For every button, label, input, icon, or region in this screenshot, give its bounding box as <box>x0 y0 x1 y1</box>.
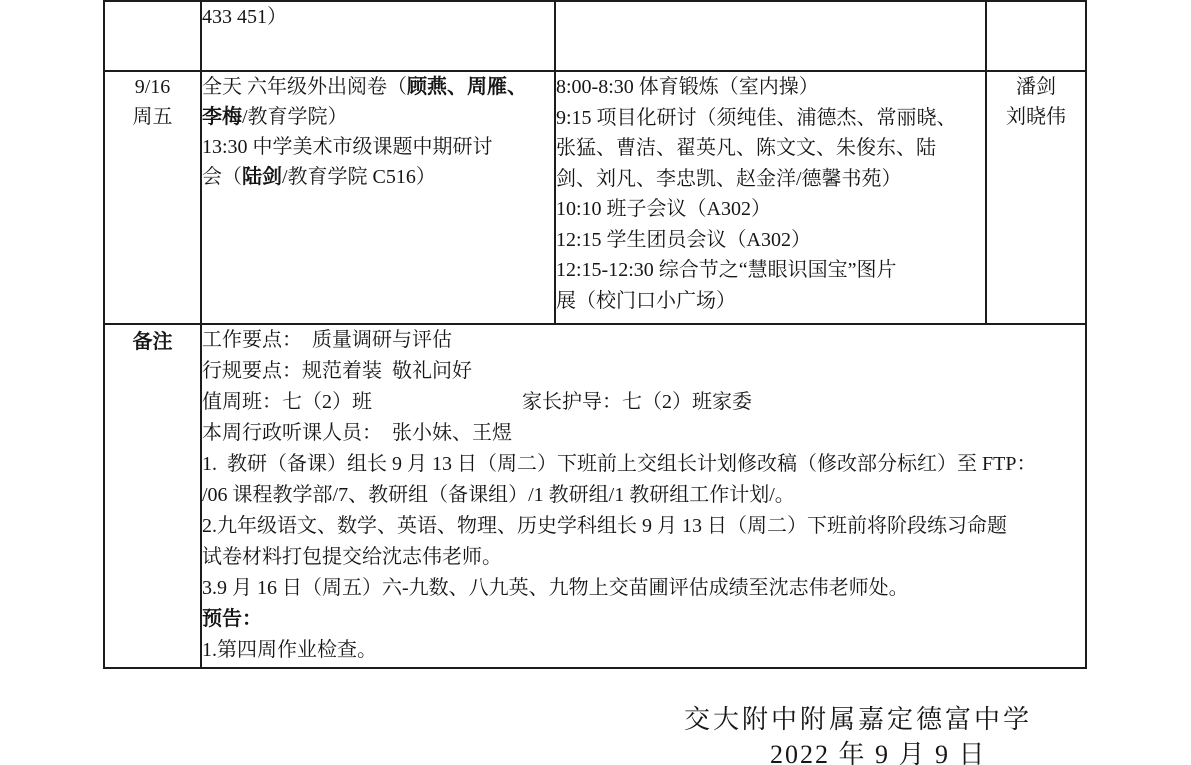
text-segment: 9:15 项目化研讨（须纯佳、浦德杰、常丽晓、 <box>556 107 957 129</box>
continuation-duty-cell <box>986 1 1086 71</box>
text-line: 张猛、曹洁、翟英凡、陈文文、朱俊东、陆 <box>556 133 985 164</box>
text-segment: 李梅 <box>202 106 242 128</box>
text-segment: 12:15-12:30 综合节之“慧眼识国宝”图片 <box>556 259 897 281</box>
table-row-notes: 备注 工作要点： 质量调研与评估行规要点：规范着装 敬礼问好值周班：七（2）班家… <box>104 324 1086 668</box>
text-segment: 全天 六年级外出阅卷（ <box>202 76 407 98</box>
text-line: 展（校门口小广场） <box>556 286 985 317</box>
text-segment: 9/16 <box>135 76 171 98</box>
continuation-activities-cell: 433 451） <box>201 1 555 71</box>
text-line: 周五 <box>105 102 200 132</box>
text-line: 12:15-12:30 综合节之“慧眼识国宝”图片 <box>556 255 985 286</box>
text-line: 8:00-8:30 体育锻炼（室内操） <box>556 72 985 103</box>
text-line: 12:15 学生团员会议（A302） <box>556 225 985 256</box>
text-segment: 展（校门口小广场） <box>556 290 736 312</box>
text-segment: 周五 <box>133 106 173 128</box>
notes-content-cell: 工作要点： 质量调研与评估行规要点：规范着装 敬礼问好值周班：七（2）班家长护导… <box>201 324 1086 668</box>
document-page: 433 451） 9/16周五 全天 六年级外出阅卷（顾燕、周雁、李梅/教育学院… <box>0 0 1191 765</box>
text-segment: /06 课程教学部/7、教研组（备课组）/1 教研组/1 教研组工作计划/。 <box>202 484 795 506</box>
text-line: 潘剑 <box>987 72 1085 102</box>
text-line: 工作要点： 质量调研与评估 <box>202 325 1085 356</box>
text-segment: 8:00-8:30 体育锻炼（室内操） <box>556 76 819 98</box>
text-segment: 2.九年级语文、数学、英语、物理、历史学科组长 9 月 13 日（周二）下班前将… <box>202 515 1007 537</box>
table-row-friday: 9/16周五 全天 六年级外出阅卷（顾燕、周雁、李梅/教育学院）13:30 中学… <box>104 71 1086 324</box>
text-segment: 潘剑 <box>1016 76 1056 98</box>
text-line: 9:15 项目化研讨（须纯佳、浦德杰、常丽晓、 <box>556 103 985 134</box>
weekly-schedule-table: 433 451） 9/16周五 全天 六年级外出阅卷（顾燕、周雁、李梅/教育学院… <box>103 0 1087 669</box>
date-cell: 9/16周五 <box>104 71 201 324</box>
text-segment: 1. 教研（备课）组长 9 月 13 日（周二）下班前上交组长计划修改稿（修改部… <box>202 453 1036 475</box>
text-line: 3.9 月 16 日（周五）六-九数、八九英、九物上交苗圃评估成绩至沈志伟老师处… <box>202 573 1085 604</box>
text-segment: 12:15 学生团员会议（A302） <box>556 229 811 251</box>
text-line: 预告： <box>202 604 1085 635</box>
text-segment: 剑、刘凡、李忠凯、赵金洋/德馨书苑） <box>556 168 902 190</box>
duty-officers-cell: 潘剑刘晓伟 <box>986 71 1086 324</box>
text-segment: 值周班：七（2）班 <box>202 391 372 413</box>
text-segment: 行规要点：规范着装 敬礼问好 <box>202 360 472 382</box>
text-segment: 工作要点： 质量调研与评估 <box>202 329 452 351</box>
notes-label-cell: 备注 <box>104 324 201 668</box>
text-segment: 1.第四周作业检查。 <box>202 639 377 661</box>
text-line: 433 451） <box>202 2 554 33</box>
text-line: 会（陆剑/教育学院 C516） <box>202 162 554 192</box>
text-segment: 陆剑 <box>242 166 282 188</box>
text-segment: 刘晓伟 <box>1006 106 1066 128</box>
events-cell: 8:00-8:30 体育锻炼（室内操）9:15 项目化研讨（须纯佳、浦德杰、常丽… <box>555 71 986 324</box>
text-segment: 本周行政听课人员： 张小妹、王煜 <box>202 422 512 444</box>
text-segment: 会（ <box>202 166 242 188</box>
text-segment: 顾燕、周雁、 <box>407 76 527 98</box>
text-line: 9/16 <box>105 72 200 102</box>
text-line: 值周班：七（2）班家长护导：七（2）班家委 <box>202 387 1085 418</box>
text-line: 剑、刘凡、李忠凯、赵金洋/德馨书苑） <box>556 164 985 195</box>
text-segment: 13:30 中学美术市级课题中期研讨 <box>202 136 493 158</box>
text-line: 10:10 班子会议（A302） <box>556 194 985 225</box>
continuation-events-cell <box>555 1 986 71</box>
text-line: 行规要点：规范着装 敬礼问好 <box>202 356 1085 387</box>
text-line: 2.九年级语文、数学、英语、物理、历史学科组长 9 月 13 日（周二）下班前将… <box>202 511 1085 542</box>
activities-cell: 全天 六年级外出阅卷（顾燕、周雁、李梅/教育学院）13:30 中学美术市级课题中… <box>201 71 555 324</box>
text-segment: 433 451） <box>202 6 287 28</box>
text-line: 李梅/教育学院） <box>202 102 554 132</box>
table-row-continuation: 433 451） <box>104 1 1086 71</box>
text-segment: 试卷材料打包提交给沈志伟老师。 <box>202 546 502 568</box>
text-line: 1.第四周作业检查。 <box>202 635 1085 666</box>
text-line: 本周行政听课人员： 张小妹、王煜 <box>202 418 1085 449</box>
text-segment: 3.9 月 16 日（周五）六-九数、八九英、九物上交苗圃评估成绩至沈志伟老师处… <box>202 577 909 599</box>
text-segment: /教育学院 C516） <box>282 166 436 188</box>
continuation-date-cell <box>104 1 201 71</box>
text-segment: 家长护导：七（2）班家委 <box>522 391 752 413</box>
text-segment: 10:10 班子会议（A302） <box>556 198 771 220</box>
text-segment: /教育学院） <box>242 106 348 128</box>
text-line: /06 课程教学部/7、教研组（备课组）/1 教研组/1 教研组工作计划/。 <box>202 480 1085 511</box>
text-segment: 张猛、曹洁、翟英凡、陈文文、朱俊东、陆 <box>556 137 936 159</box>
text-segment: 预告： <box>202 608 262 630</box>
text-line: 全天 六年级外出阅卷（顾燕、周雁、 <box>202 72 554 102</box>
text-line: 试卷材料打包提交给沈志伟老师。 <box>202 542 1085 573</box>
footer-school-name: 交大附中附属嘉定德富中学 <box>684 699 1032 736</box>
text-line: 13:30 中学美术市级课题中期研讨 <box>202 132 554 162</box>
text-line: 1. 教研（备课）组长 9 月 13 日（周二）下班前上交组长计划修改稿（修改部… <box>202 449 1085 480</box>
text-line: 刘晓伟 <box>987 102 1085 132</box>
footer-date: 2022 年 9 月 9 日 <box>770 734 987 765</box>
